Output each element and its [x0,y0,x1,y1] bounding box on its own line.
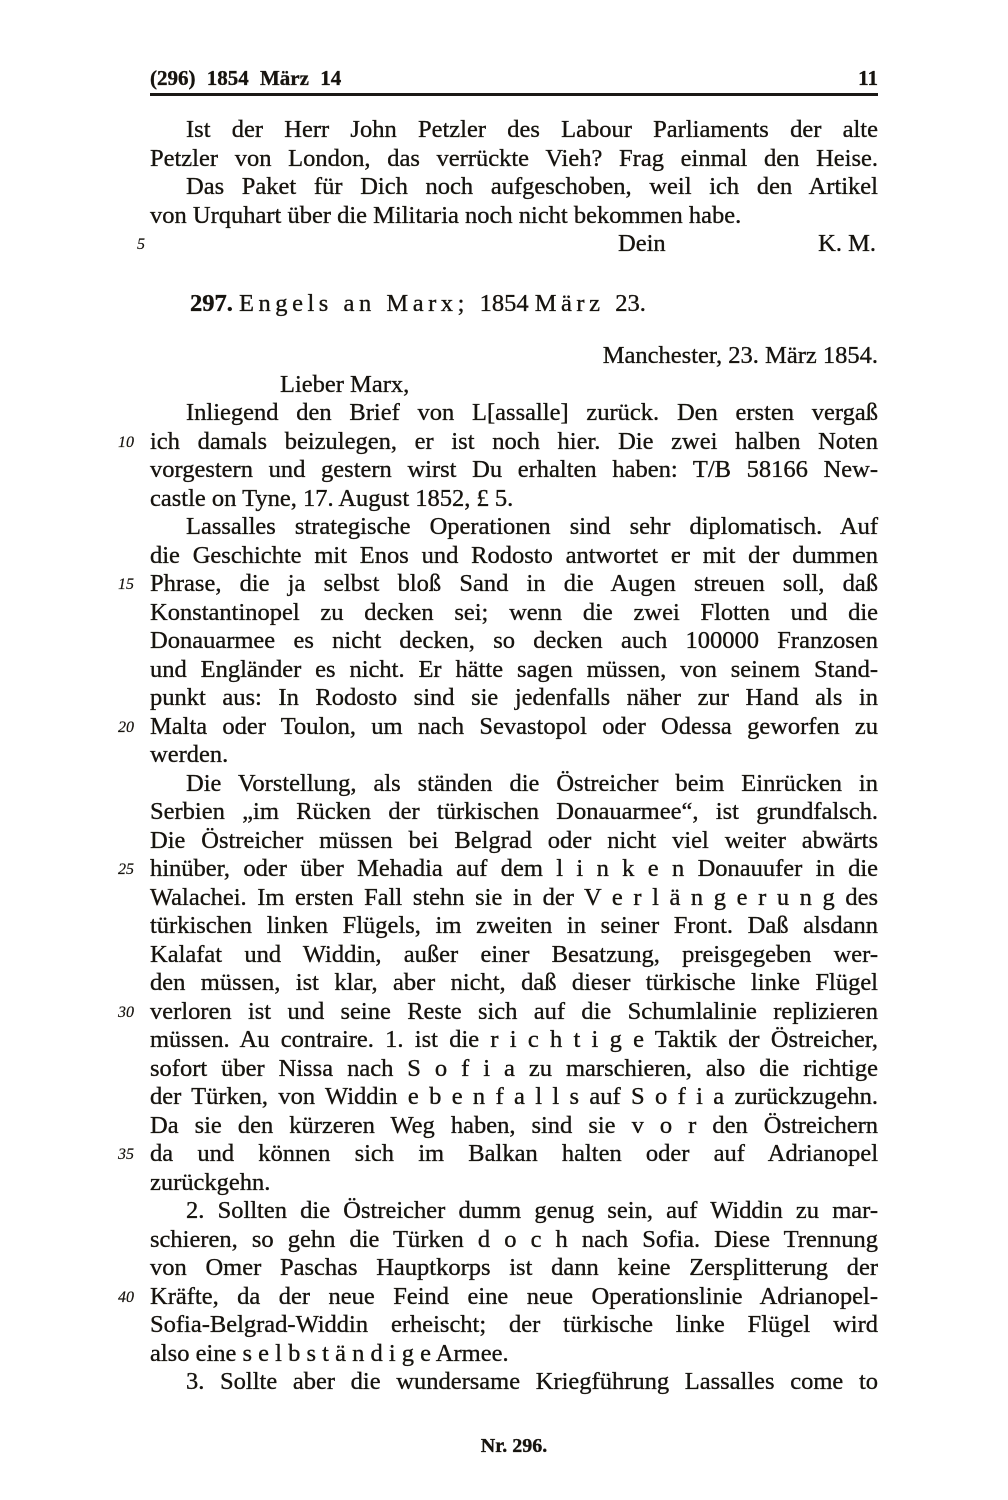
text-line: Da sie den kürzeren Weg haben, sind sie … [150,1112,878,1141]
text-line: 15Phrase, die ja selbst bloß Sand in die… [150,570,878,599]
text-column: (296) 1854 März 14 11 Ist der Herr John … [150,66,878,1397]
text-line: 35da und können sich im Balkan halten od… [150,1140,878,1169]
text-line: Petzler von London, das verrückte Vieh? … [150,145,878,174]
text-line: Die Vorstellung, als ständen die Östreic… [150,770,878,799]
letter-heading-part: März [535,290,615,317]
header-rule [150,93,878,96]
margin-line-number: 35 [118,1145,145,1165]
margin-line-number: 20 [118,718,145,738]
text-line: und Engländer es nicht. Er hätte sagen m… [150,656,878,685]
margin-line-number: 30 [118,1003,145,1023]
margin-line-number: 5 [118,235,145,255]
text-line: den müssen, ist klar, aber nicht, daß di… [150,969,878,998]
letter-heading-part: Engels an Marx; [239,290,480,317]
text-line: vorgestern und gestern wirst Du erhalten… [150,456,878,485]
text-line: Inliegend den Brief von L[assalle] zurüc… [150,399,878,428]
text-line: sofort über Nissa nach S o f i a zu mars… [150,1055,878,1084]
text-line: 30verloren ist und seine Reste sich auf … [150,998,878,1027]
text-line: Kalafat und Widdin, außer einer Besatzun… [150,941,878,970]
text-line: die Geschichte mit Enos und Rodosto antw… [150,542,878,571]
dateline-line: Manchester, 23. März 1854. [150,342,878,371]
margin-line-number: 40 [118,1288,145,1308]
letter-text: Ist der Herr John Petzler des Labour Par… [150,116,878,1397]
text-line: zurückgehn. [150,1169,878,1198]
letter-heading-part: 297. [190,290,239,317]
heading-line: 297. Engels an Marx; 1854 März 23. [190,290,878,319]
text-line: schieren, so gehn die Türken d o c h nac… [150,1226,878,1255]
text-line: 20Malta oder Toulon, um nach Sevastopol … [150,713,878,742]
text-line: türkischen linken Flügels, im zweiten in… [150,912,878,941]
margin-line-number: 25 [118,860,145,880]
footer-number: Nr. 296. [150,1434,878,1458]
text-line: Konstantinopel zu decken sei; wenn die z… [150,599,878,628]
text-line: castle on Tyne, 17. August 1852, £ 5. [150,485,878,514]
text-line: werden. [150,741,878,770]
book-page: (296) 1854 März 14 11 Ist der Herr John … [0,0,1008,1500]
text-line: also eine s e l b s t ä n d i g e Armee. [150,1340,878,1369]
text-line: Sofia-Belgrad-Widdin erheischt; der türk… [150,1311,878,1340]
header-running-title: (296) 1854 März 14 [150,66,341,90]
text-line: 3. Sollte aber die wundersame Kriegführu… [150,1368,878,1397]
text-line: Serbien „im Rücken der türkischen Donaua… [150,798,878,827]
signoff-line: 5DeinK. M. [150,230,878,259]
text-line: 10ich damals beizulegen, er ist noch hie… [150,428,878,457]
text-line: Donauarmee es nicht decken, so decken au… [150,627,878,656]
text-line: der Türken, von Widdin e b e n f a l l s… [150,1083,878,1112]
text-line: von Omer Paschas Hauptkorps ist dann kei… [150,1254,878,1283]
margin-line-number: 10 [118,433,145,453]
text-line: von Urquhart über die Militaria noch nic… [150,202,878,231]
header-page-number: 11 [858,66,878,90]
text-line: 25hinüber, oder über Mehadia auf dem l i… [150,855,878,884]
text-line: 2. Sollten die Östreicher dumm genug sei… [150,1197,878,1226]
text-line: Lassalles strategische Operationen sind … [150,513,878,542]
text-line: Das Paket für Dich noch aufgeschoben, we… [150,173,878,202]
text-line: punkt aus: In Rodosto sind sie jedenfall… [150,684,878,713]
text-line: müssen. Au contraire. 1. ist die r i c h… [150,1026,878,1055]
signoff-dein: Dein [618,230,666,259]
letter-heading-part: 1854 [480,290,535,317]
text-line: 40Kräfte, da der neue Feind eine neue Op… [150,1283,878,1312]
text-line: Ist der Herr John Petzler des Labour Par… [150,116,878,145]
text-line: Die Östreicher müssen bei Belgrad oder n… [150,827,878,856]
margin-line-number: 15 [118,575,145,595]
signoff-initials: K. M. [818,230,876,259]
salutation-line: Lieber Marx, [150,371,878,400]
page-header: (296) 1854 März 14 11 [150,66,878,90]
text-line: Walachei. Im ersten Fall stehn sie in de… [150,884,878,913]
letter-heading-part: 23. [615,290,646,317]
